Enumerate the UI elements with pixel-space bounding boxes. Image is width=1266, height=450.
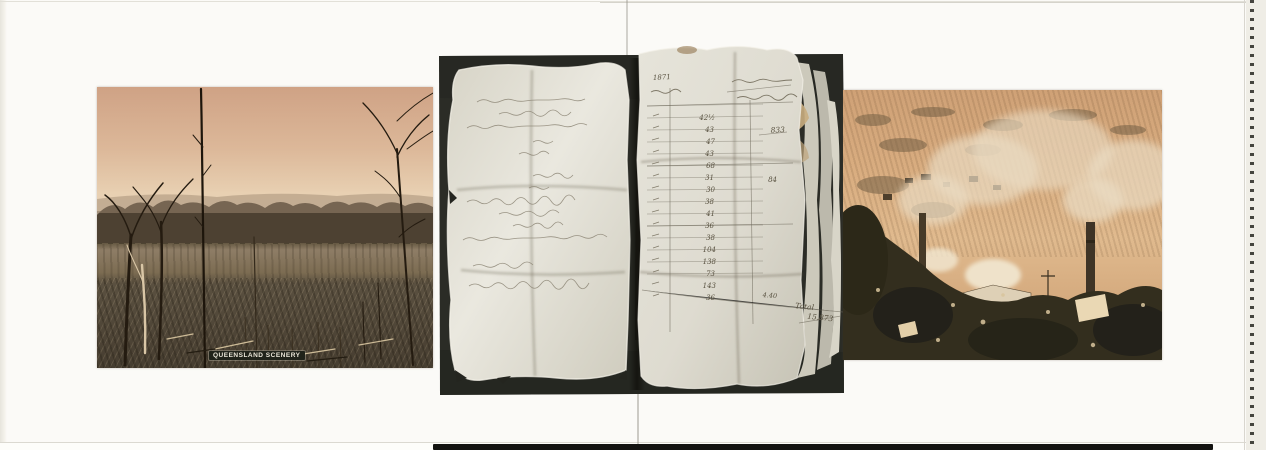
svg-text:36: 36 — [706, 294, 715, 302]
fallen-logs — [127, 245, 393, 361]
svg-text:47: 47 — [705, 138, 715, 146]
artist-book-spread: QUEENSLAND SCENERY — [0, 0, 1266, 450]
svg-text:138: 138 — [703, 258, 717, 266]
binding-perforation-dashes — [1250, 0, 1254, 450]
left-photo-queensland-scenery: QUEENSLAND SCENERY — [97, 87, 433, 368]
svg-text:73: 73 — [706, 270, 715, 278]
page-deckle-right — [1246, 0, 1266, 450]
svg-text:104: 104 — [703, 246, 716, 254]
ledger-on-dark-panel: 1871 42½ 43 47 43 68 31 30 38 41 36 38 1… — [437, 40, 845, 400]
smoke-plumes — [898, 110, 1162, 291]
side-value-440: 4.40 — [761, 291, 777, 300]
svg-text:42½: 42½ — [698, 114, 715, 122]
left-photo-overlay — [97, 87, 433, 368]
svg-text:36: 36 — [705, 222, 714, 230]
svg-text:68: 68 — [706, 162, 715, 170]
ledger-date: 1871 — [653, 73, 671, 82]
side-value-833: 833 — [770, 125, 785, 135]
svg-text:143: 143 — [703, 282, 717, 290]
side-value-84: 84 — [768, 176, 777, 184]
svg-text:43: 43 — [704, 126, 714, 134]
svg-text:31: 31 — [705, 174, 714, 182]
page-edge-right-line — [1244, 0, 1245, 450]
page-deckle-left — [0, 0, 7, 450]
svg-text:38: 38 — [706, 234, 715, 242]
centre-fold-bottom — [637, 394, 639, 444]
svg-text:43: 43 — [704, 150, 714, 158]
right-photo-mining-town — [843, 90, 1162, 360]
stain — [677, 46, 697, 54]
svg-text:38: 38 — [705, 198, 714, 206]
right-photo-overlay — [843, 90, 1162, 360]
svg-text:41: 41 — [705, 210, 715, 218]
book-bottom-shadow — [433, 444, 1213, 450]
photo-caption-plate: QUEENSLAND SCENERY — [209, 351, 305, 360]
ledger-left-page — [447, 63, 630, 384]
saplings — [245, 317, 341, 368]
page-edge-top-right — [600, 2, 1246, 3]
svg-text:30: 30 — [706, 186, 715, 194]
